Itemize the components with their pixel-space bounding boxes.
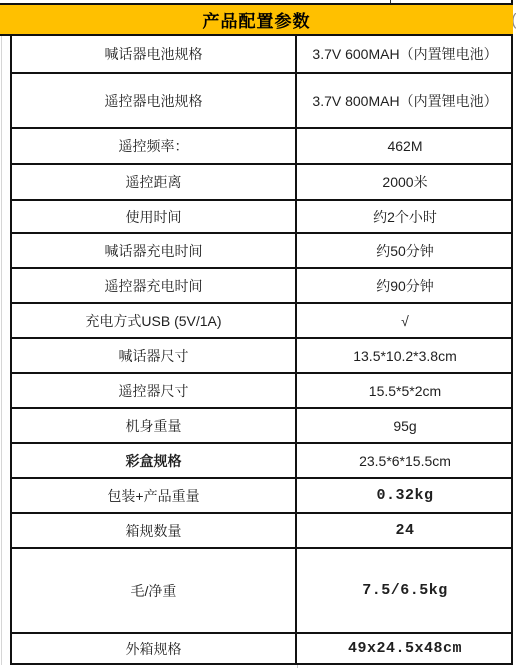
spec-value[interactable]: 24 <box>297 514 513 547</box>
table-row: 喊话器充电时间 约50分钟 <box>12 234 513 269</box>
spec-label[interactable]: 机身重量 <box>12 409 297 442</box>
table-row: 使用时间 约2个小时 <box>12 201 513 234</box>
spec-label[interactable]: 使用时间 <box>12 201 297 232</box>
table-row: 遥控距离 2000米 <box>12 165 513 201</box>
spec-label[interactable]: 遥控距离 <box>12 165 297 199</box>
spec-label[interactable]: 遥控器充电时间 <box>12 269 297 302</box>
spec-value[interactable]: 2000米 <box>297 165 513 199</box>
table-row: 遥控器尺寸 15.5*5*2cm <box>12 374 513 409</box>
spec-value[interactable]: 23.5*6*15.5cm <box>297 444 513 477</box>
spec-value[interactable]: 95g <box>297 409 513 442</box>
spec-label[interactable]: 喊话器尺寸 <box>12 339 297 372</box>
table-header-cell[interactable]: 产品配置参数 <box>0 3 513 36</box>
spec-value[interactable]: 3.7V 600MAH（内置锂电池） <box>297 36 513 72</box>
spec-label[interactable]: 箱规数量 <box>12 514 297 547</box>
table-title: 产品配置参数 <box>203 7 311 32</box>
spec-value[interactable]: 约50分钟 <box>297 234 513 267</box>
table-row: 机身重量 95g <box>12 409 513 444</box>
table-row: 喊话器电池规格 3.7V 600MAH（内置锂电池） <box>12 36 513 74</box>
spec-label[interactable]: 彩盒规格 <box>12 444 297 477</box>
spec-label[interactable]: 毛/净重 <box>12 549 297 632</box>
spec-value[interactable]: 15.5*5*2cm <box>297 374 513 407</box>
spec-label[interactable]: 喊话器电池规格 <box>12 36 297 72</box>
table-row: 外箱规格 49x24.5x48cm <box>12 634 513 665</box>
table-row: 包装+产品重量 0.32kg <box>12 479 513 514</box>
spec-value[interactable]: 7.5/6.5kg <box>297 549 513 632</box>
table-row: 毛/净重 7.5/6.5kg <box>12 549 513 634</box>
spec-value[interactable]: 462M <box>297 129 513 163</box>
spec-label[interactable]: 充电方式USB (5V/1A) <box>12 304 297 337</box>
spec-value[interactable]: √ <box>297 304 513 337</box>
table-row: 充电方式USB (5V/1A) √ <box>12 304 513 339</box>
spec-label[interactable]: 外箱规格 <box>12 634 297 663</box>
spec-value[interactable]: 约2个小时 <box>297 201 513 232</box>
spec-value[interactable]: 3.7V 800MAH（内置锂电池） <box>297 74 513 127</box>
spec-value[interactable]: 49x24.5x48cm <box>297 634 513 663</box>
table-row: 喊话器尺寸 13.5*10.2*3.8cm <box>12 339 513 374</box>
table-row: 彩盒规格 23.5*6*15.5cm <box>12 444 513 479</box>
spec-label[interactable]: 遥控频率： <box>12 129 297 163</box>
table-row: 遥控器充电时间 约90分钟 <box>12 269 513 304</box>
spec-label[interactable]: 喊话器充电时间 <box>12 234 297 267</box>
table-row: 遥控频率： 462M <box>12 129 513 165</box>
table-row: 箱规数量 24 <box>12 514 513 549</box>
spec-value[interactable]: 0.32kg <box>297 479 513 512</box>
spec-value[interactable]: 13.5*10.2*3.8cm <box>297 339 513 372</box>
spec-label[interactable]: 包装+产品重量 <box>12 479 297 512</box>
spec-value[interactable]: 约90分钟 <box>297 269 513 302</box>
product-spec-sheet: ( 产品配置参数 喊话器电池规格 3.7V 600MAH（内置锂电池） 遥控器电… <box>0 0 516 668</box>
spec-label[interactable]: 遥控器电池规格 <box>12 74 297 127</box>
spec-table: 喊话器电池规格 3.7V 600MAH（内置锂电池） 遥控器电池规格 3.7V … <box>10 36 513 665</box>
gridline-left-vertical <box>1 36 2 665</box>
table-row: 遥控器电池规格 3.7V 800MAH（内置锂电池） <box>12 74 513 129</box>
spec-label[interactable]: 遥控器尺寸 <box>12 374 297 407</box>
